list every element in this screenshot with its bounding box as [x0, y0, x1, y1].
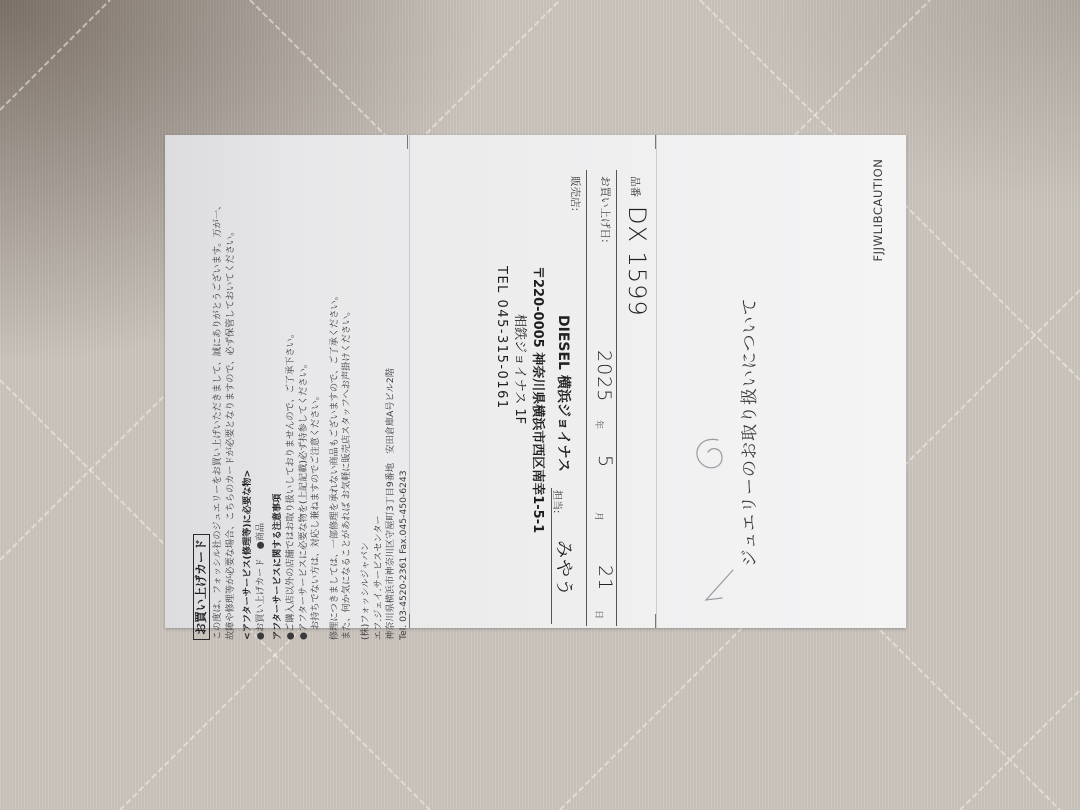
- purchase-year: 2025: [593, 350, 615, 402]
- shop-label: 販売店:: [568, 176, 583, 211]
- required-items-title: <アフターサービス(修理等)に必要な物>: [242, 180, 255, 640]
- purchase-day: 21: [594, 565, 616, 591]
- product-number-row: 品番 DX 1599: [616, 170, 646, 626]
- repair-line: また、何か気になることがあれば お気軽に販売店スタッフへお声掛けください。: [341, 180, 354, 640]
- card-heading: お買い上げカード: [193, 534, 210, 640]
- purchase-card-info-panel: お買い上げカード この度は、フォッシル社のジュエリーをお買い上げいただきまして、…: [193, 180, 417, 640]
- staff-label: 担当:: [551, 490, 566, 513]
- shop-name: DIESEL 横浜ジョイナス: [554, 315, 574, 472]
- note-line: ●アフターサービスに必要な物を(上記記載)必ず持参してください。: [298, 180, 311, 640]
- product-number-label: 品番: [628, 176, 643, 197]
- fold-notch: [407, 135, 408, 149]
- company-contact: Tel. 03-4520-2361 Fax.045-450-6243: [398, 180, 411, 640]
- month-unit: 月: [593, 512, 606, 521]
- purchase-record-form: 品番 DX 1599 お買い上げ日: 2025 年 5 月 21 日 販売店: …: [468, 170, 646, 626]
- service-center: エフ.ジェイ.サービスセンター: [373, 180, 386, 640]
- product-number-value: DX 1599: [623, 206, 651, 317]
- postal-address: 〒220-0005 神奈川県横浜市西区南幸1-5-1: [528, 266, 546, 533]
- purchase-month: 5: [594, 455, 616, 468]
- staff-value: みやう: [552, 540, 578, 597]
- shop-tel: TEL 045-315-0161: [492, 266, 510, 533]
- form-code: FJJWLIBCAUTION: [871, 150, 885, 270]
- repair-line: 修理につきましては、一部修理を承れない商品もございますので、ご了承ください。: [329, 180, 342, 640]
- building: 相鉄ジョイナス 1F: [510, 266, 528, 533]
- note-line: ●ご購入店以外の店舗ではお取り扱いしておりませんので、ご了承下さい。: [285, 180, 298, 640]
- care-instructions-title: ジュエリーのお取り扱いについて: [735, 232, 755, 632]
- purchase-date-label: お買い上げ日:: [598, 176, 613, 243]
- fold-notch: [655, 135, 656, 149]
- purchase-date-row: お買い上げ日: 2025 年 5 月 21 日: [586, 170, 616, 626]
- year-unit: 年: [593, 420, 606, 429]
- day-unit: 日: [593, 610, 606, 619]
- company-name: (株)フォッシルジャパン: [360, 180, 373, 640]
- fold-line: [656, 135, 657, 628]
- notes-title: アフターサービスに関する注意事項: [272, 180, 285, 640]
- shop-address: 〒220-0005 神奈川県横浜市西区南幸1-5-1 相鉄ジョイナス 1F TE…: [492, 266, 546, 533]
- intro-line: この度は、フォッシル社のジュエリーをお買い上げいただきまして、誠にありがとうござ…: [212, 180, 225, 640]
- required-items: ●お買い上げカード ●商品: [255, 180, 268, 640]
- fold-notch: [655, 614, 656, 628]
- company-address: 神奈川県横浜市神奈川区守屋町3丁目9番地 安田倉庫A号ビル2階: [385, 180, 398, 640]
- staff-underline: [551, 488, 552, 624]
- note-line: お持ちでない方は、対応し兼ねますのでご注意ください。: [310, 180, 323, 640]
- intro-line: 故障や修理等が必要な場合、こちらのカードが必要となりますので、必ず保管しておいて…: [225, 180, 238, 640]
